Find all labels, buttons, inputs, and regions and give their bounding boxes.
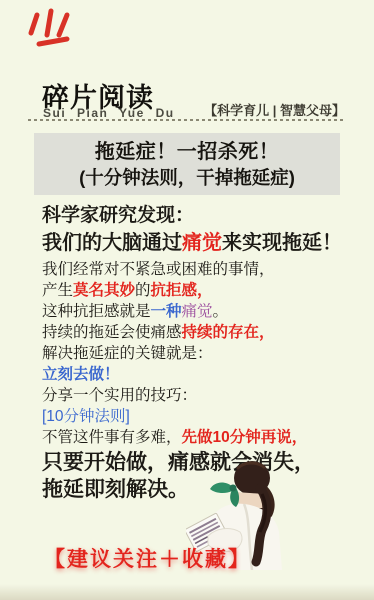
dashed-divider: [28, 119, 346, 121]
reading-card: 碎片阅读 Sui Pian Yue Du 【科学育儿 | 智慧父母】 拖延症！一…: [0, 0, 374, 600]
follow-collect-cta: 【建议关注＋收藏】: [44, 543, 251, 573]
body-line: 这种抗拒感就是一种痛觉。: [42, 302, 352, 322]
body-line: 我们经常对不紧急或困难的事情，: [42, 260, 352, 280]
headline-line2: (十分钟法则，干掉拖延症): [34, 165, 340, 191]
text-segment: 我们的大脑通过: [42, 232, 182, 254]
text-segment: 我们经常对不紧急或困难的事情，: [42, 261, 275, 278]
text-segment: 产生: [42, 282, 73, 299]
text-segment: 。: [213, 303, 229, 320]
text-segment-red: 持续的存在，: [182, 324, 275, 341]
text-segment-red: 抗拒感，: [151, 282, 213, 299]
text-segment-blue: [10分钟法则]: [42, 408, 130, 425]
text-segment-blue: 立刻去做！: [42, 366, 120, 383]
headline-box: 拖延症！一招杀死！ (十分钟法则，干掉拖延症): [34, 133, 340, 195]
body-line: 分享一个实用的技巧：: [42, 386, 352, 406]
text-segment-purple: 痛觉: [182, 303, 213, 320]
body-line: [10分钟法则]: [42, 407, 352, 427]
bottom-shadow: [0, 584, 374, 600]
body-line: 科学家研究发现：: [42, 203, 352, 229]
body-line: 产生莫名其妙的抗拒感，: [42, 281, 352, 301]
body-line: 持续的拖延会使痛感持续的存在，: [42, 323, 352, 343]
text-segment: 分享一个实用的技巧：: [42, 387, 197, 404]
text-segment: 解决拖延症的关键就是：: [42, 345, 213, 362]
text-segment: 不管这件事有多难，: [42, 429, 182, 446]
body-line: 立刻去做！: [42, 365, 352, 385]
red-tally-marks-icon: [26, 5, 78, 51]
text-segment-red: 痛觉: [182, 232, 222, 254]
text-segment: 科学家研究发现：: [42, 205, 194, 226]
brand-pinyin: Sui Pian Yue Du: [43, 106, 175, 120]
headline-line1: 拖延症！一招杀死！: [34, 139, 340, 165]
text-segment: 来实现拖延！: [222, 232, 342, 254]
text-segment: 持续的拖延会使痛感: [42, 324, 182, 341]
body-line: 我们的大脑通过痛觉来实现拖延！: [42, 229, 352, 257]
body-line: 不管这件事有多难，先做10分钟再说，: [42, 428, 352, 448]
text-segment-red: 莫名其妙: [73, 282, 135, 299]
text-segment: 的: [135, 282, 151, 299]
text-segment-red: 先做10分钟再说，: [182, 429, 308, 446]
body-line: 解决拖延症的关键就是：: [42, 344, 352, 364]
text-segment-blue: 一种: [151, 303, 182, 320]
header-tag: 【科学育儿 | 智慧父母】: [204, 100, 345, 119]
text-segment: 拖延即刻解决。: [42, 478, 189, 501]
text-segment: 这种抗拒感就是: [42, 303, 151, 320]
